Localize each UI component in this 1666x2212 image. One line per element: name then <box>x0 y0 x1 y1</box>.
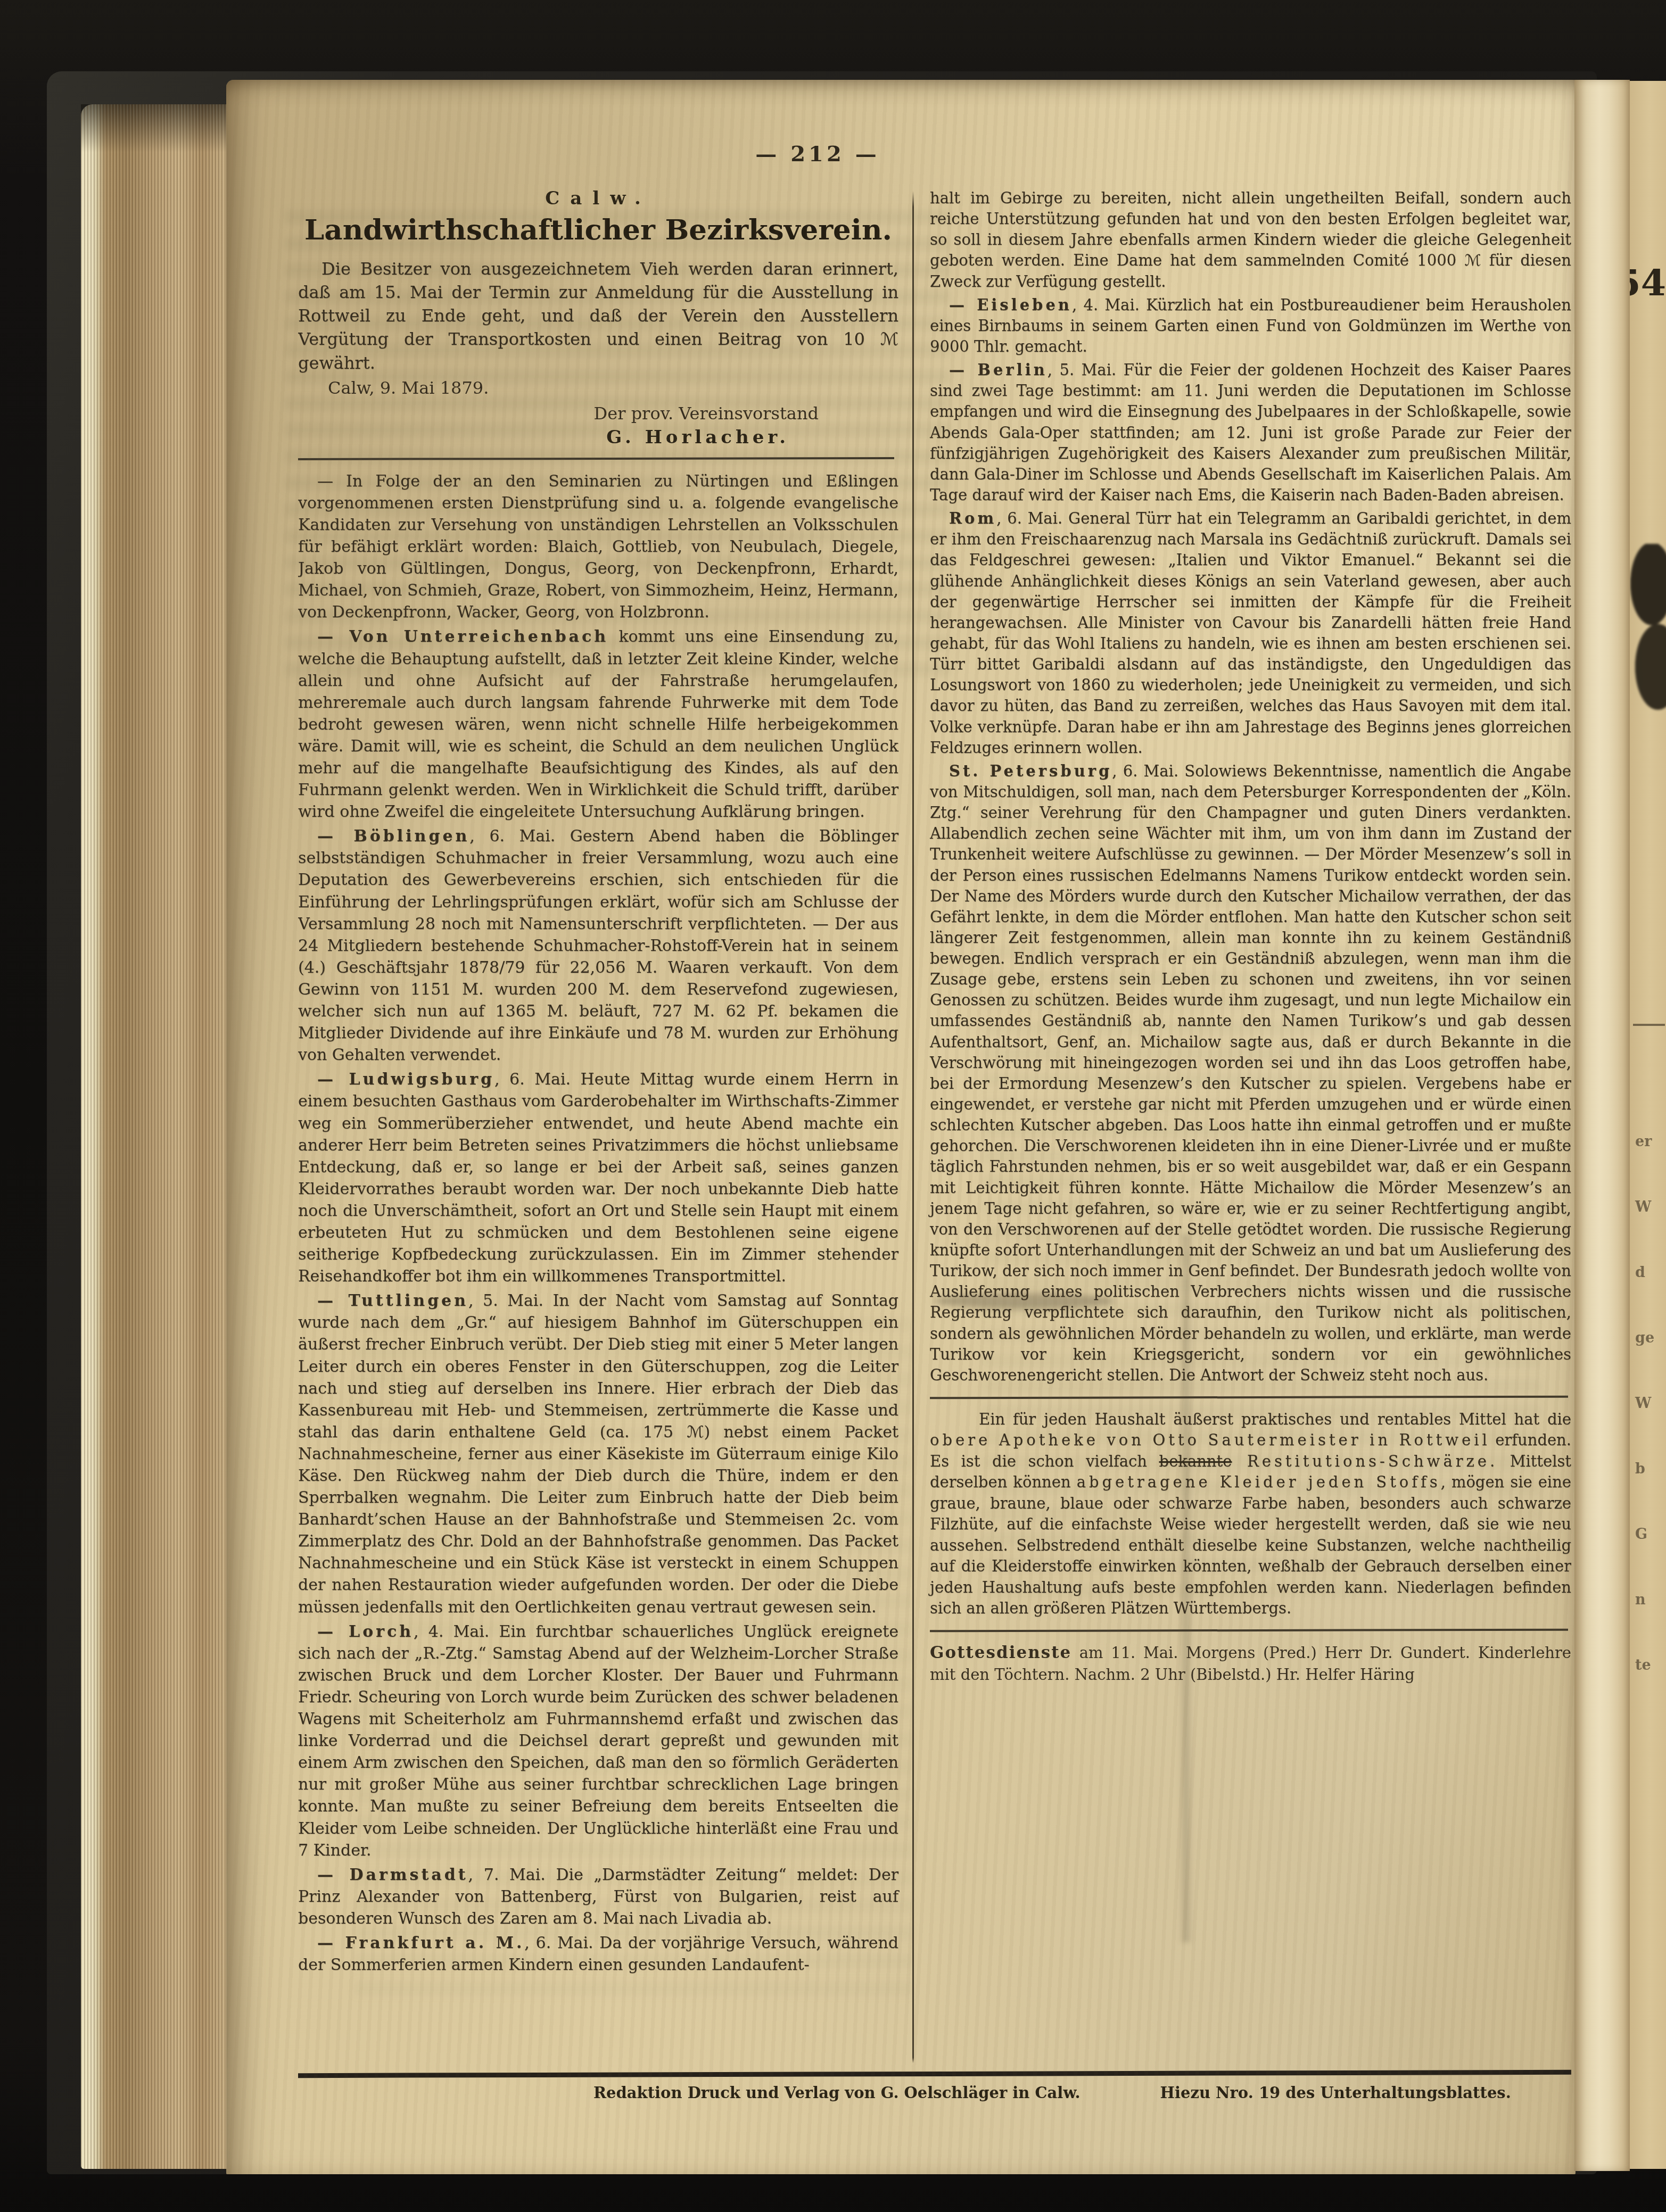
column-divider <box>912 191 914 2063</box>
section-rule <box>930 1629 1568 1633</box>
news-text: , 5. Mai. In der Nacht vom Samstag auf S… <box>298 1291 898 1616</box>
news-item-ludwigsburg: — Ludwigsburg, 6. Mai. Heute Mittag wurd… <box>298 1068 898 1287</box>
news-item-lorch: — Lorch, 4. Mai. Ein furchtbar schauerli… <box>298 1621 898 1861</box>
news-item-unterreichenbach: — Von Unterreichenbach kommt uns eine Ei… <box>298 626 898 823</box>
news-item-continuation: halt im Gebirge zu bereiten, nicht allei… <box>930 188 1571 292</box>
news-lead: St. Petersburg <box>949 762 1112 780</box>
dateline: Calw, 9. Mai 1879. <box>298 378 898 398</box>
book-scan: — 212 — Calw. Landwirthschaftlicher Bezi… <box>0 0 1666 2212</box>
news-lead: — Darmstadt <box>317 1866 468 1884</box>
ad-text: Ein für jeden Haushalt äußerst praktisch… <box>979 1410 1571 1428</box>
page-gutter-fold <box>1574 80 1630 2171</box>
news-lead: — Eisleben <box>949 296 1072 314</box>
text-columns: Calw. Landwirthschaftlicher Bezirksverei… <box>298 188 1571 2063</box>
section-rule <box>930 1396 1568 1399</box>
text-fragment: te <box>1635 1658 1654 1672</box>
news-lead: Rom <box>949 509 996 527</box>
news-lead: — Böblingen <box>317 827 469 846</box>
footer-supplement: Hiezu Nro. 19 des Unterhaltungsblattes. <box>1160 2084 1511 2102</box>
news-item-st-petersburg: St. Petersburg, 6. Mai. Solowiews Bekenn… <box>930 761 1571 1386</box>
next-page-number: 54 <box>1630 262 1666 304</box>
news-text: , 6. Mai. General Türr hat ein Telegramm… <box>930 509 1571 757</box>
news-text: , 5. Mai. Für die Feier der goldenen Hoc… <box>930 361 1571 504</box>
footer-imprint: Redaktion Druck und Verlag von G. Oelsch… <box>593 2084 1081 2102</box>
advertisement-paragraph: Ein für jeden Haushalt äußerst praktisch… <box>930 1409 1571 1619</box>
news-lead: — Tuttlingen <box>317 1291 468 1310</box>
news-lead: — Berlin <box>949 361 1048 379</box>
signature-name: G. Horlacher. <box>298 427 898 448</box>
ad-highlight-product: Restitutions-Schwärze. <box>1232 1452 1498 1470</box>
text-fragment: d <box>1635 1265 1654 1280</box>
news-item-tuttlingen: — Tuttlingen, 5. Mai. In der Nacht vom S… <box>298 1290 898 1618</box>
news-text: halt im Gebirge zu bereiten, nicht allei… <box>930 189 1571 291</box>
ad-text: , mögen sie eine graue, braune, blaue od… <box>930 1473 1571 1617</box>
intro-paragraph: Die Besitzer von ausgezeichnetem Vieh we… <box>298 257 898 375</box>
text-fragment: W <box>1635 1200 1654 1214</box>
news-lead: — Von Unterreichenbach <box>317 627 608 646</box>
news-item-frankfurt: — Frankfurt a. M., 6. Mai. Da der vorjäh… <box>298 1932 898 1976</box>
news-lead: — Frankfurt a. M. <box>317 1934 524 1952</box>
right-column: halt im Gebirge zu bereiten, nicht allei… <box>930 188 1571 2063</box>
text-fragment: er <box>1635 1134 1654 1149</box>
signature-role: Der prov. Vereinsvorstand <box>298 403 898 424</box>
church-services-label: Gottesdienste <box>930 1643 1071 1662</box>
news-text: , 4. Mai. Ein furchtbar schauerliches Un… <box>298 1622 898 1860</box>
news-item-boeblingen: — Böblingen, 6. Mai. Gestern Abend haben… <box>298 825 898 1066</box>
ad-highlight-apotheke: obere Apotheke von Otto Sautermeister in… <box>930 1431 1490 1449</box>
news-item-seminarien: — In Folge der an den Seminarien zu Nürt… <box>298 470 898 624</box>
news-text: — In Folge der an den Seminarien zu Nürt… <box>298 472 898 622</box>
news-text: kommt uns eine Einsendung zu, welche die… <box>298 627 898 821</box>
page-number: — 212 — <box>181 142 1454 167</box>
next-page-sliver: 54 er W d ge W b G n te <box>1630 81 1666 2169</box>
news-item-eisleben: — Eisleben, 4. Mai. Kürzlich hat ein Pos… <box>930 295 1571 357</box>
left-column: Calw. Landwirthschaftlicher Bezirksverei… <box>298 188 898 2063</box>
section-rule <box>298 457 894 460</box>
newspaper-page: — 212 — Calw. Landwirthschaftlicher Bezi… <box>226 80 1576 2174</box>
text-fragment: n <box>1635 1593 1654 1607</box>
news-text: , 6. Mai. Solowiews Bekenntnisse, nament… <box>930 762 1571 1384</box>
article-title: Landwirthschaftlicher Bezirksverein. <box>298 213 898 246</box>
text-fragment: b <box>1635 1462 1654 1476</box>
news-item-berlin: — Berlin, 5. Mai. Für die Feier der gold… <box>930 360 1571 506</box>
masthead-city: Calw. <box>298 188 898 209</box>
next-page-rule <box>1633 1024 1665 1026</box>
footer-rule <box>298 2070 1571 2078</box>
ad-highlight-clothes: abgetragene Kleider jeden Stoffs <box>1077 1473 1441 1491</box>
next-page-ornament <box>1630 544 1666 725</box>
news-item-rom: Rom, 6. Mai. General Türr hat ein Telegr… <box>930 508 1571 758</box>
text-fragment: G <box>1635 1527 1654 1542</box>
news-item-darmstadt: — Darmstadt, 7. Mai. Die „Darmstädter Ze… <box>298 1864 898 1929</box>
next-page-text-fragments: er W d ge W b G n te <box>1635 1134 1654 1672</box>
news-text: , 6. Mai. Gestern Abend haben die Böblin… <box>298 827 898 1064</box>
page-content: — 212 — Calw. Landwirthschaftlicher Bezi… <box>298 142 1571 2102</box>
ad-struck-word: bekannte <box>1159 1452 1232 1470</box>
church-services: Gottesdienste am 11. Mai. Morgens (Pred.… <box>930 1642 1571 1685</box>
text-fragment: ge <box>1635 1331 1654 1345</box>
news-text: , 6. Mai. Heute Mittag wurde einem Herrn… <box>298 1070 898 1286</box>
news-lead: — Lorch <box>317 1622 414 1641</box>
text-fragment: W <box>1635 1396 1654 1411</box>
footer: Redaktion Druck und Verlag von G. Oelsch… <box>298 2084 1571 2102</box>
news-lead: — Ludwigsburg <box>317 1070 494 1089</box>
